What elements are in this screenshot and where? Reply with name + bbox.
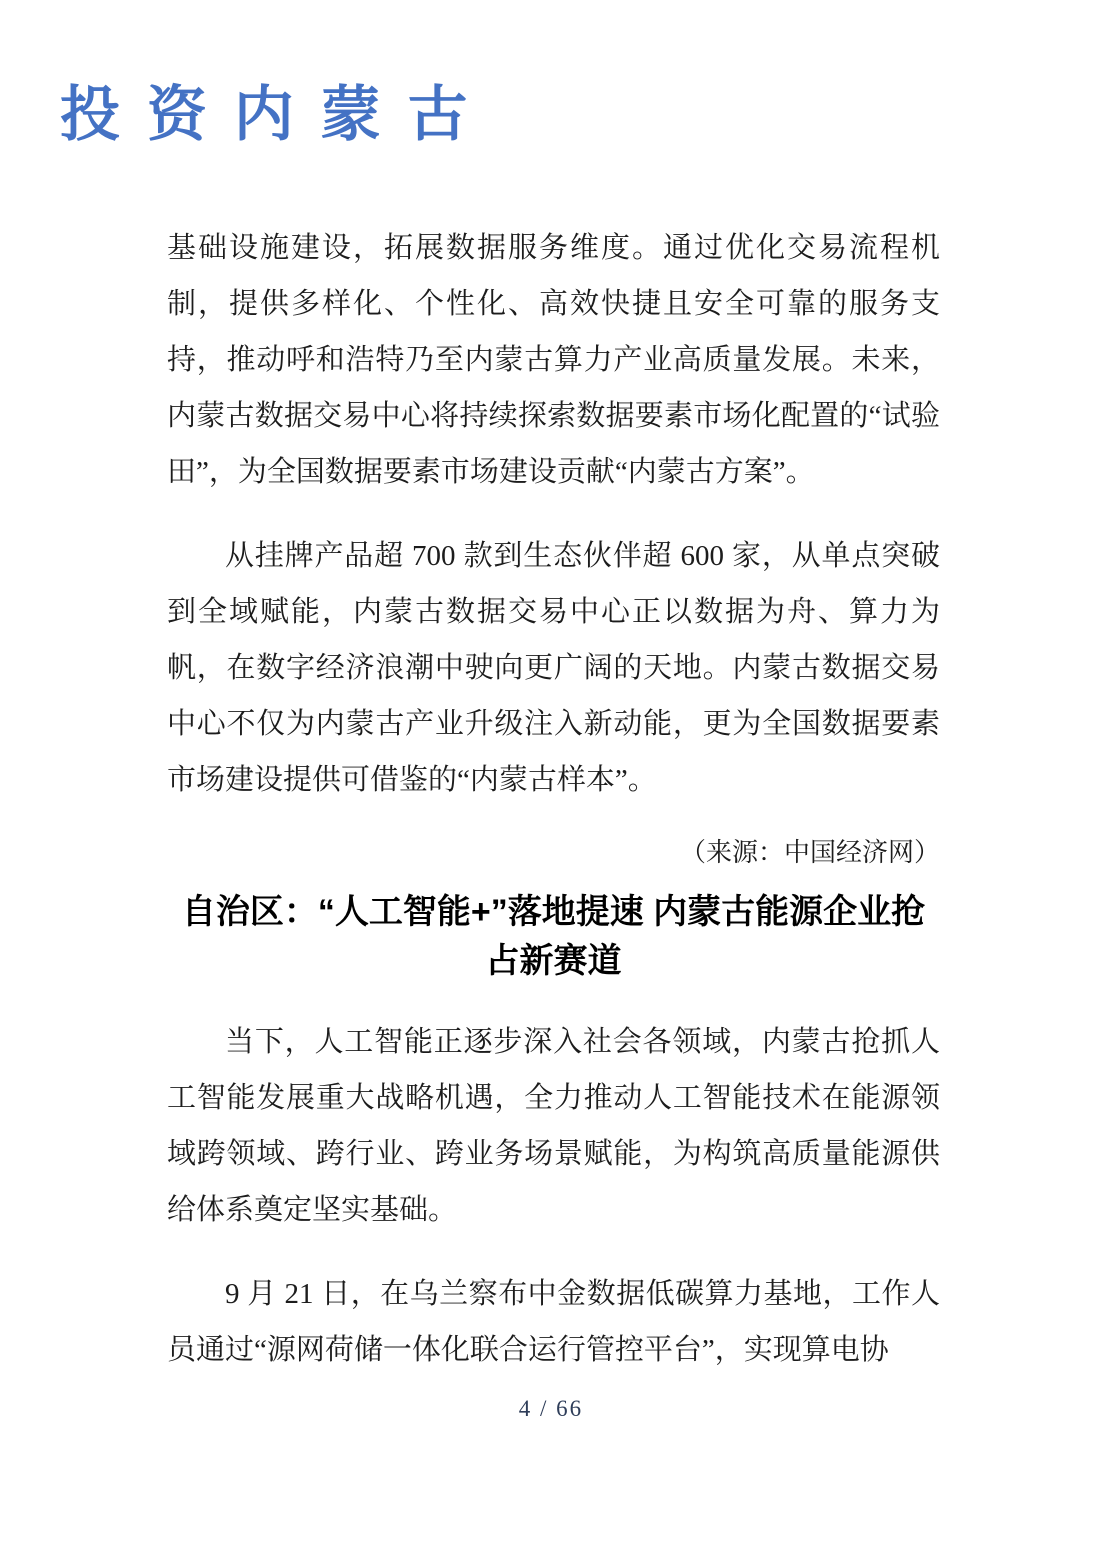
paragraph: 当下，人工智能正逐步深入社会各领域，内蒙古抢抓人工智能发展重大战略机遇，全力推动… (167, 1014, 940, 1238)
masthead-title: 投 资 内 蒙 古 (60, 80, 471, 150)
article-title: 自治区：“人工智能+”落地提速 内蒙古能源企业抢占新赛道 (167, 888, 940, 986)
document-body: 基础设施建设，拓展数据服务维度。通过优化交易流程机制，提供多样化、个性化、高效快… (167, 220, 940, 1378)
source-attribution: （来源：中国经济网） (167, 832, 940, 874)
page-number: 4 / 66 (0, 1394, 1102, 1424)
document-page: 投 资 内 蒙 古 基础设施建设，拓展数据服务维度。通过优化交易流程机制，提供多… (0, 0, 1102, 1559)
paragraph: 从挂牌产品超 700 款到生态伙伴超 600 家，从单点突破到全域赋能，内蒙古数… (167, 528, 940, 808)
paragraph: 9 月 21 日，在乌兰察布中金数据低碳算力基地，工作人员通过“源网荷储一体化联… (167, 1266, 940, 1378)
paragraph-continuation: 基础设施建设，拓展数据服务维度。通过优化交易流程机制，提供多样化、个性化、高效快… (167, 220, 940, 500)
